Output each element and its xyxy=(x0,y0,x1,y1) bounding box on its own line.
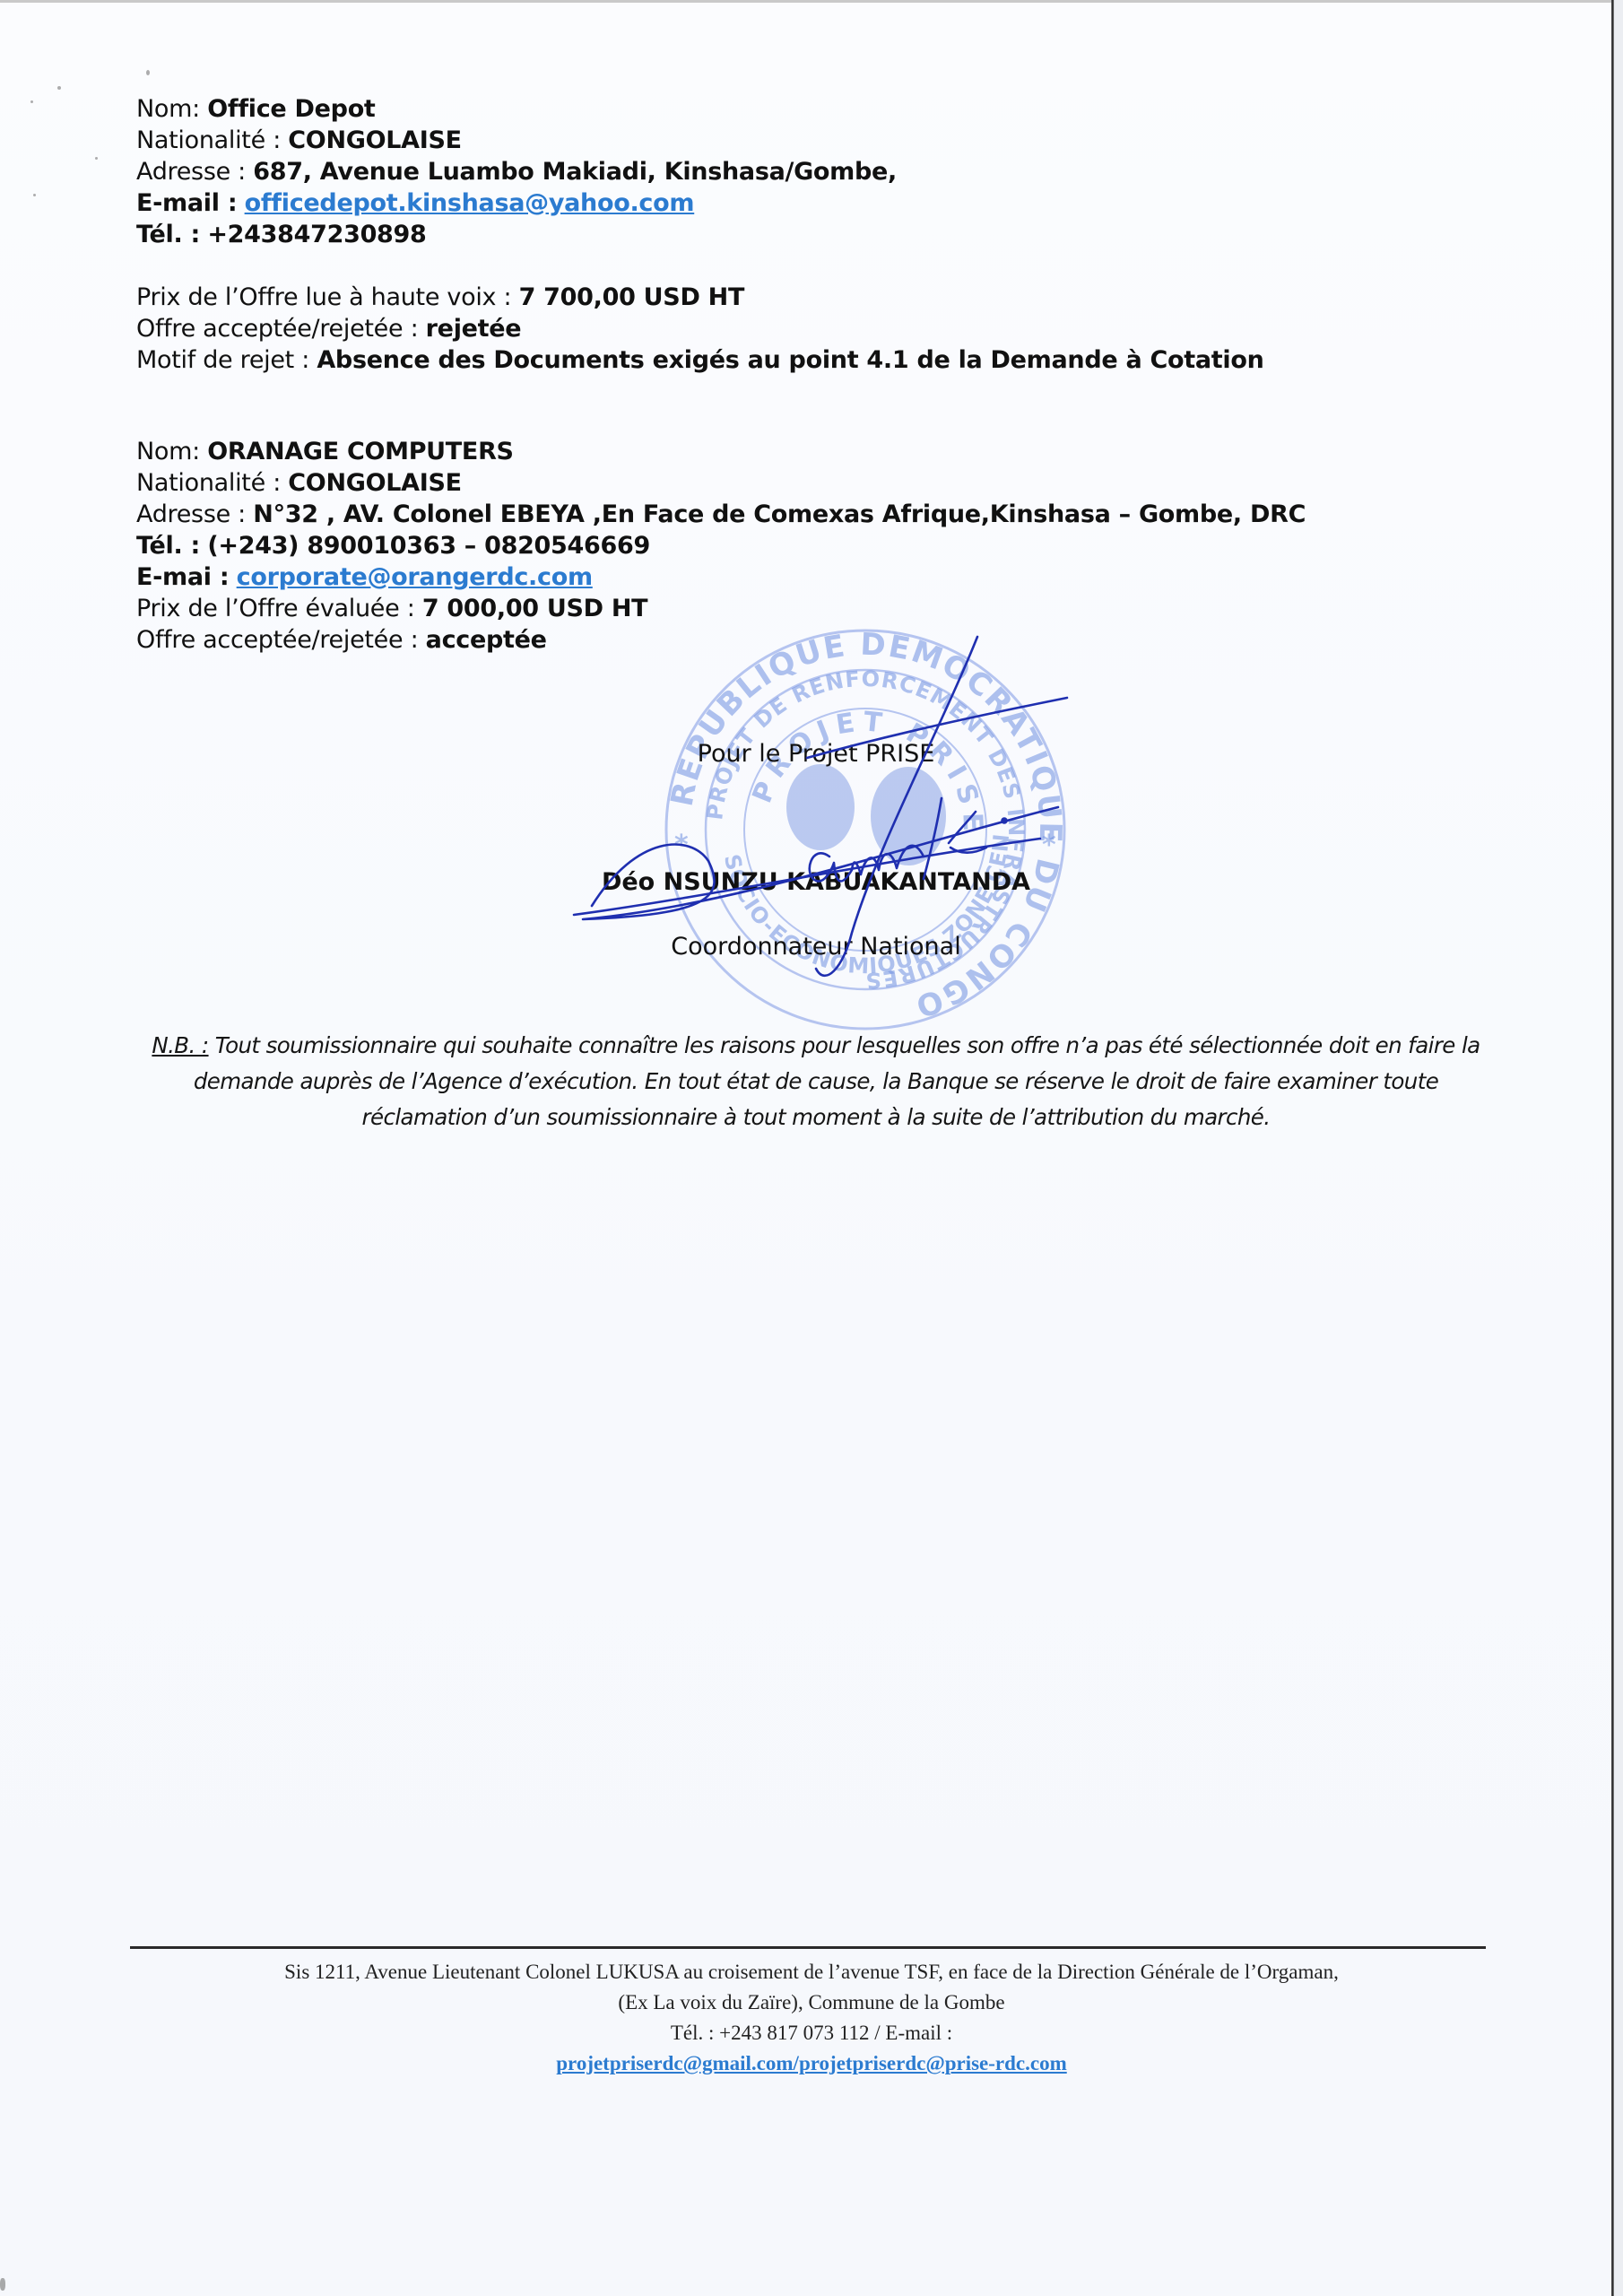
label: Offre acceptée/rejetée : xyxy=(136,315,418,343)
scan-speck xyxy=(0,2278,5,2291)
nationality: CONGOLAISE xyxy=(288,469,462,497)
bidder-office-depot: Nom: Office Depot Nationalité : CONGOLAI… xyxy=(136,93,1264,376)
handwritten-signature-icon xyxy=(556,628,1076,987)
price: 7 000,00 USD HT xyxy=(422,595,647,622)
spacer xyxy=(136,250,1264,282)
label: Nom: xyxy=(136,438,200,465)
footer-commune-line: (Ex La voix du Zaïre), Commune de la Gom… xyxy=(117,1987,1506,2018)
footer-address-line: Sis 1211, Avenue Lieutenant Colonel LUKU… xyxy=(117,1957,1506,1987)
label: Prix de l’Offre évaluée : xyxy=(136,595,415,622)
email-row: E-mail : officedepot.kinshasa@yahoo.com xyxy=(136,187,1264,219)
price: 7 700,00 USD HT xyxy=(519,283,744,311)
rejection-reason: Absence des Documents exigés au point 4.… xyxy=(317,346,1263,374)
scan-speck xyxy=(95,157,98,160)
scan-speck xyxy=(146,70,150,75)
phone: (+243) 890010363 – 0820546669 xyxy=(207,532,650,560)
bidder-name-row: Nom: ORANAGE COMPUTERS xyxy=(136,436,1306,467)
label: Nationalité : xyxy=(136,469,281,497)
email-link[interactable]: officedepot.kinshasa@yahoo.com xyxy=(245,189,695,217)
price-row: Prix de l’Offre lue à haute voix : 7 700… xyxy=(136,282,1264,313)
rejection-reason-row: Motif de rejet : Absence des Documents e… xyxy=(136,344,1264,376)
bidder-name: Office Depot xyxy=(207,95,375,123)
bidder-name: ORANAGE COMPUTERS xyxy=(207,438,513,465)
scan-speck xyxy=(33,194,36,196)
label: Motif de rejet : xyxy=(136,346,309,374)
label: E-mail : xyxy=(136,189,237,217)
footer-divider xyxy=(130,1946,1486,1949)
nationality-row: Nationalité : CONGOLAISE xyxy=(136,125,1264,156)
footer-phone-line: Tél. : +243 817 073 112 / E-mail : xyxy=(117,2018,1506,2048)
scan-speck xyxy=(30,100,33,103)
label: Adresse : xyxy=(136,500,246,528)
status-row: Offre acceptée/rejetée : rejetée xyxy=(136,313,1264,344)
note-paragraph: N.B. : Tout soumissionnaire qui souhaite… xyxy=(135,1028,1497,1135)
footer-email-link[interactable]: projetpriserdc@gmail.com/projetpriserdc@… xyxy=(556,2052,1067,2074)
nationality: CONGOLAISE xyxy=(288,126,462,154)
email-link[interactable]: corporate@orangerdc.com xyxy=(237,563,593,591)
note-label: N.B. : xyxy=(152,1032,208,1058)
phone: +243847230898 xyxy=(207,221,426,248)
address-row: Adresse : N°32 , AV. Colonel EBEYA ,En F… xyxy=(136,499,1306,530)
label: Nationalité : xyxy=(136,126,281,154)
label: Tél. : xyxy=(136,532,200,560)
footer: Sis 1211, Avenue Lieutenant Colonel LUKU… xyxy=(117,1957,1506,2079)
scan-margin xyxy=(1614,0,1623,2296)
address-row: Adresse : 687, Avenue Luambo Makiadi, Ki… xyxy=(136,156,1264,187)
bidder-name-row: Nom: Office Depot xyxy=(136,93,1264,125)
status: acceptée xyxy=(426,626,547,654)
label: Prix de l’Offre lue à haute voix : xyxy=(136,283,511,311)
label: E-mai : xyxy=(136,563,229,591)
phone-row: Tél. : (+243) 890010363 – 0820546669 xyxy=(136,530,1306,561)
label: Adresse : xyxy=(136,158,246,186)
label: Offre acceptée/rejetée : xyxy=(136,626,418,654)
label: Tél. : xyxy=(136,221,200,248)
phone-row: Tél. : +243847230898 xyxy=(136,219,1264,250)
status: rejetée xyxy=(426,315,522,343)
scan-speck xyxy=(57,86,61,90)
address: 687, Avenue Luambo Makiadi, Kinshasa/Gom… xyxy=(253,158,897,186)
email-row: E-mai : corporate@orangerdc.com xyxy=(136,561,1306,593)
nationality-row: Nationalité : CONGOLAISE xyxy=(136,467,1306,499)
label: Nom: xyxy=(136,95,200,123)
address: N°32 , AV. Colonel EBEYA ,En Face de Com… xyxy=(253,500,1306,528)
note-text: Tout soumissionnaire qui souhaite connaî… xyxy=(194,1032,1480,1130)
